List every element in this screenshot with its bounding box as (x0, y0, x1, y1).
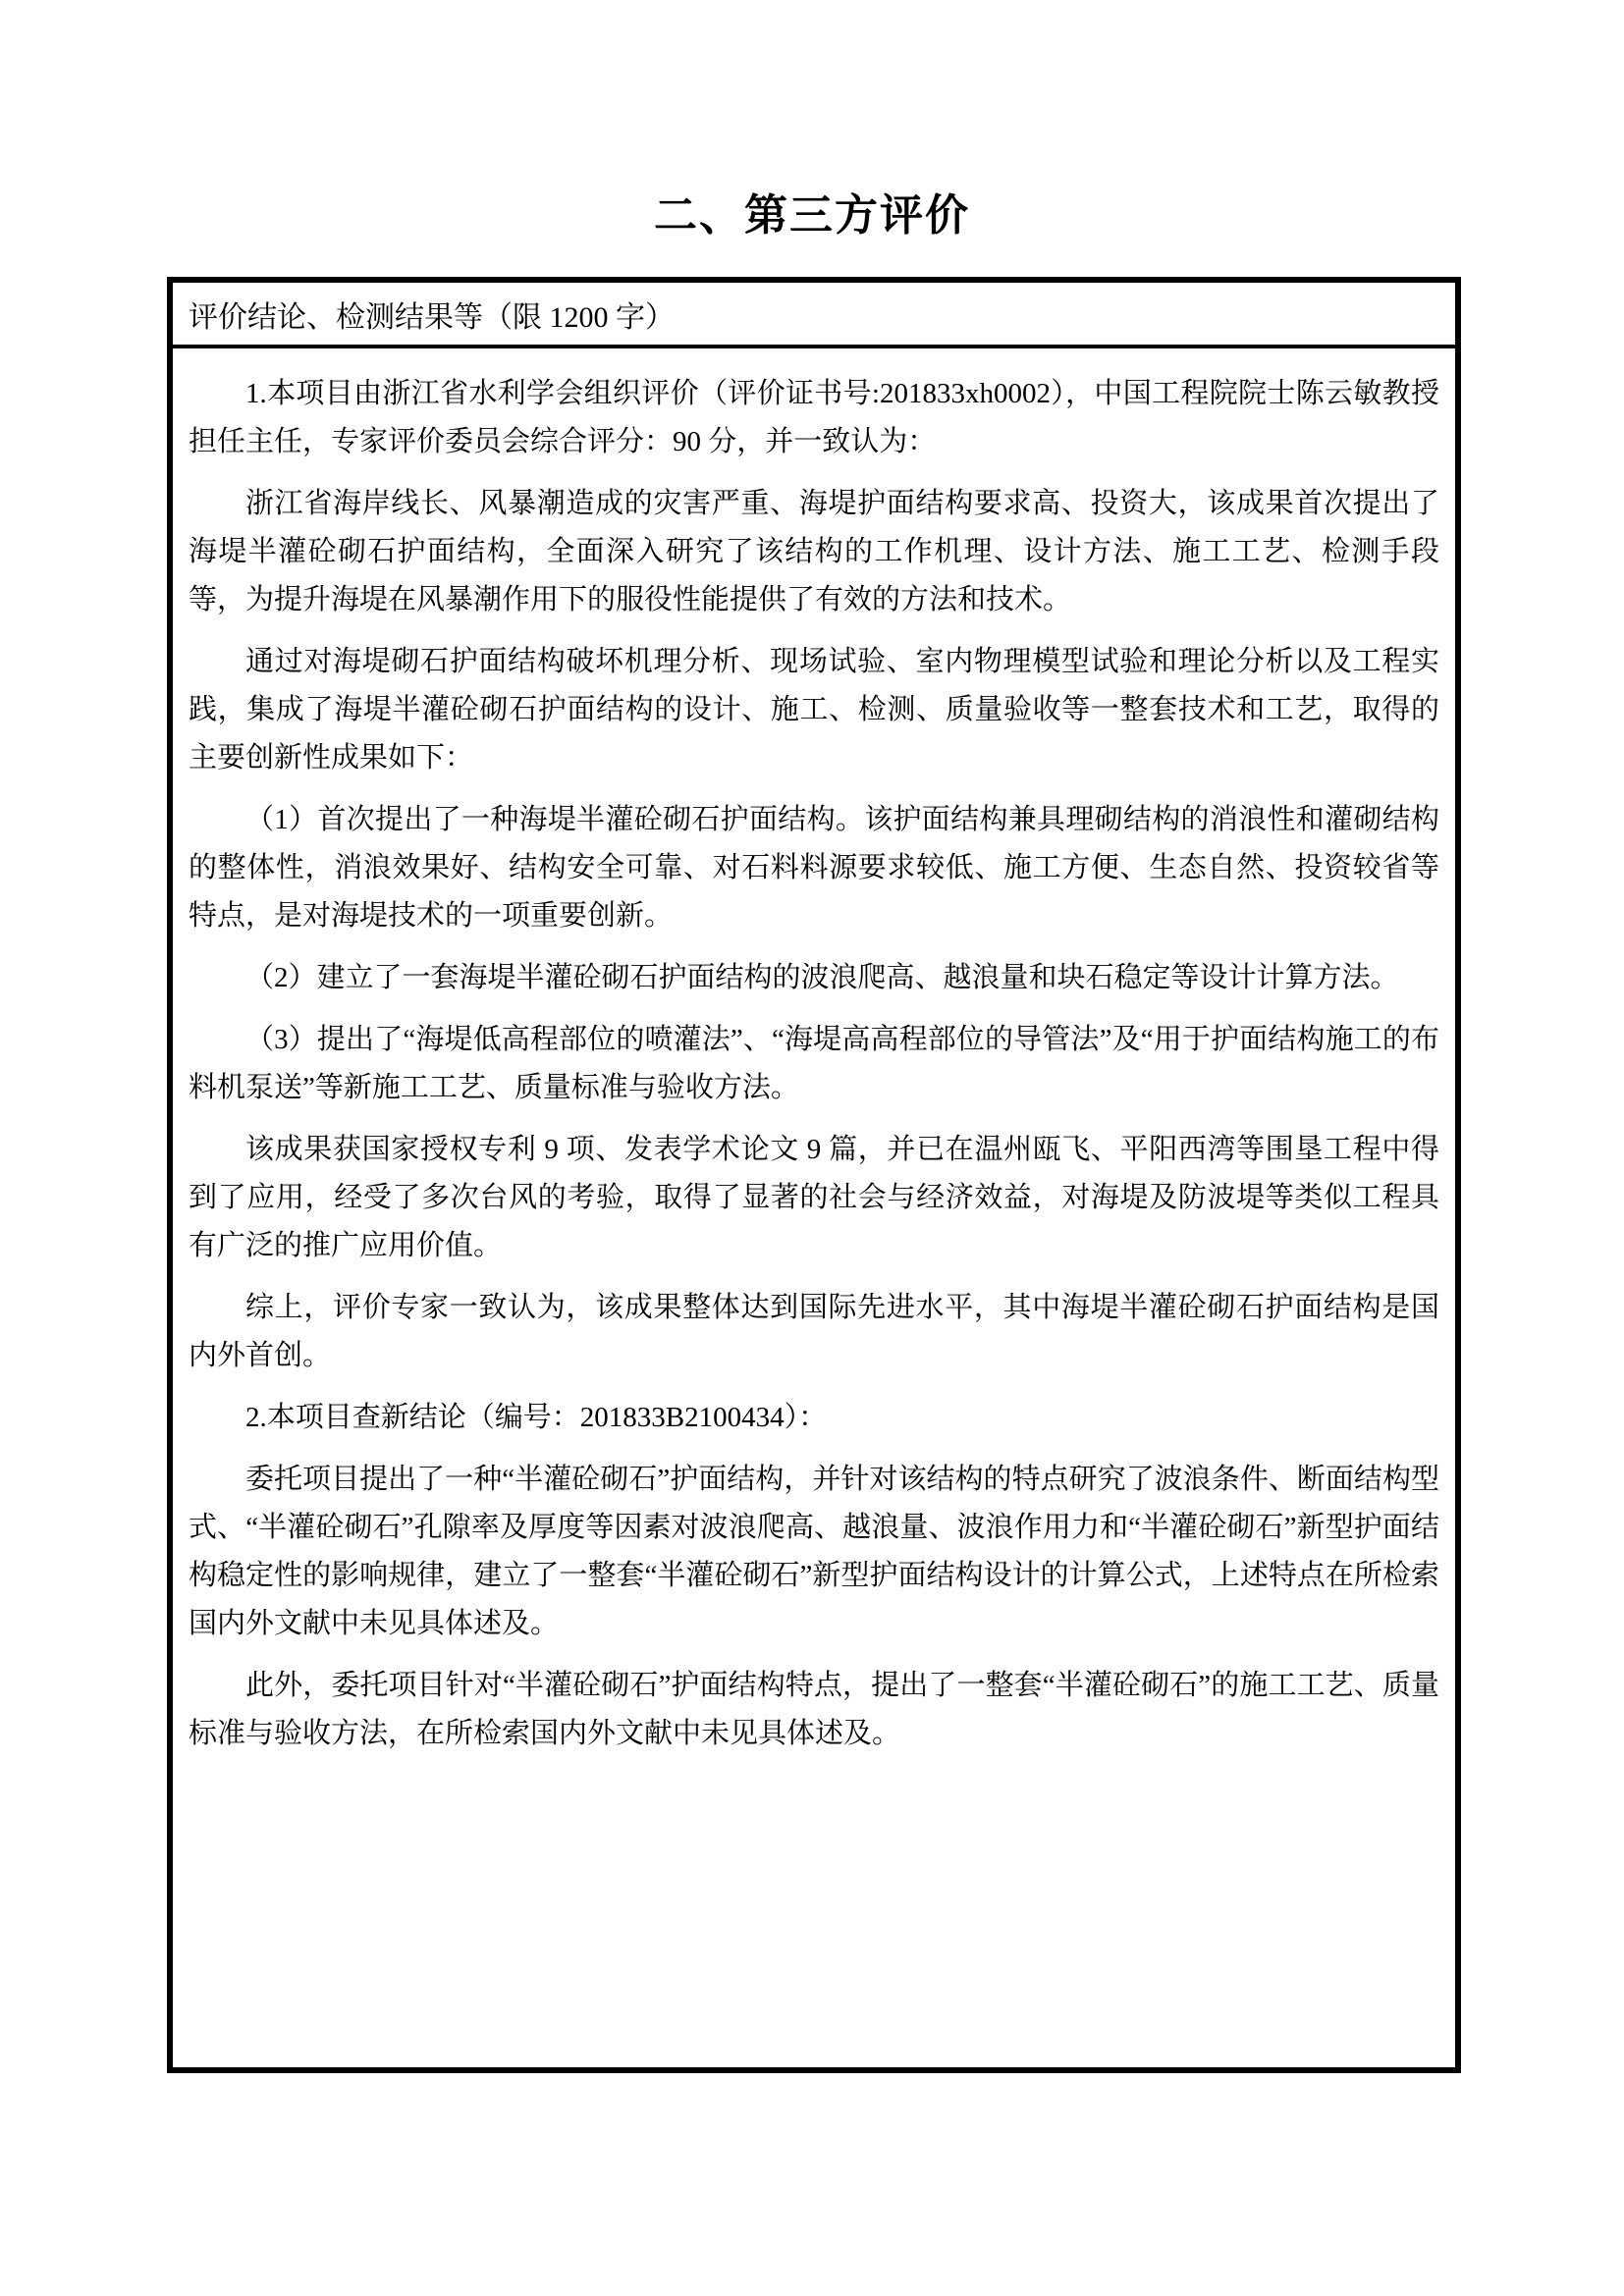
body-paragraph-8: 综上，评价专家一致认为，该成果整体达到国际先进水平，其中海堤半灌砼砌石护面结构是… (189, 1284, 1439, 1380)
body-paragraph-11: 此外，委托项目针对“半灌砼砌石”护面结构特点，提出了一整套“半灌砼砌石”的施工工… (189, 1662, 1439, 1758)
body-paragraph-5: （2）建立了一套海堤半灌砼砌石护面结构的波浪爬高、越浪量和块石稳定等设计计算方法… (189, 954, 1439, 1002)
table-body-cell: 1.本项目由浙江省水利学会组织评价（评价证书号:201833xh0002），中国… (173, 348, 1455, 1758)
evaluation-table: 评价结论、检测结果等（限 1200 字） 1.本项目由浙江省水利学会组织评价（评… (167, 277, 1461, 2073)
table-header-cell: 评价结论、检测结果等（限 1200 字） (173, 283, 1455, 348)
table-header-label: 评价结论、检测结果等（限 1200 字） (189, 293, 675, 336)
body-paragraph-3: 通过对海堤砌石护面结构破坏机理分析、现场试验、室内物理模型试验和理论分析以及工程… (189, 638, 1439, 782)
body-paragraph-9: 2.本项目查新结论（编号：201833B2100434）： (189, 1394, 1439, 1442)
body-paragraph-1: 1.本项目由浙江省水利学会组织评价（评价证书号:201833xh0002），中国… (189, 370, 1439, 466)
section-title: 二、第三方评价 (0, 188, 1624, 243)
body-paragraph-6: （3）提出了“海堤低高程部位的喷灌法”、“海堤高高程部位的导管法”及“用于护面结… (189, 1016, 1439, 1112)
body-paragraph-4: （1）首次提出了一种海堤半灌砼砌石护面结构。该护面结构兼具理砌结构的消浪性和灌砌… (189, 796, 1439, 940)
document-page: 二、第三方评价 评价结论、检测结果等（限 1200 字） 1.本项目由浙江省水利… (0, 0, 1624, 2296)
body-paragraph-2: 浙江省海岸线长、风暴潮造成的灾害严重、海堤护面结构要求高、投资大，该成果首次提出… (189, 480, 1439, 624)
body-paragraph-10: 委托项目提出了一种“半灌砼砌石”护面结构，并针对该结构的特点研究了波浪条件、断面… (189, 1456, 1439, 1648)
body-paragraph-7: 该成果获国家授权专利 9 项、发表学术论文 9 篇，并已在温州瓯飞、平阳西湾等围… (189, 1126, 1439, 1270)
